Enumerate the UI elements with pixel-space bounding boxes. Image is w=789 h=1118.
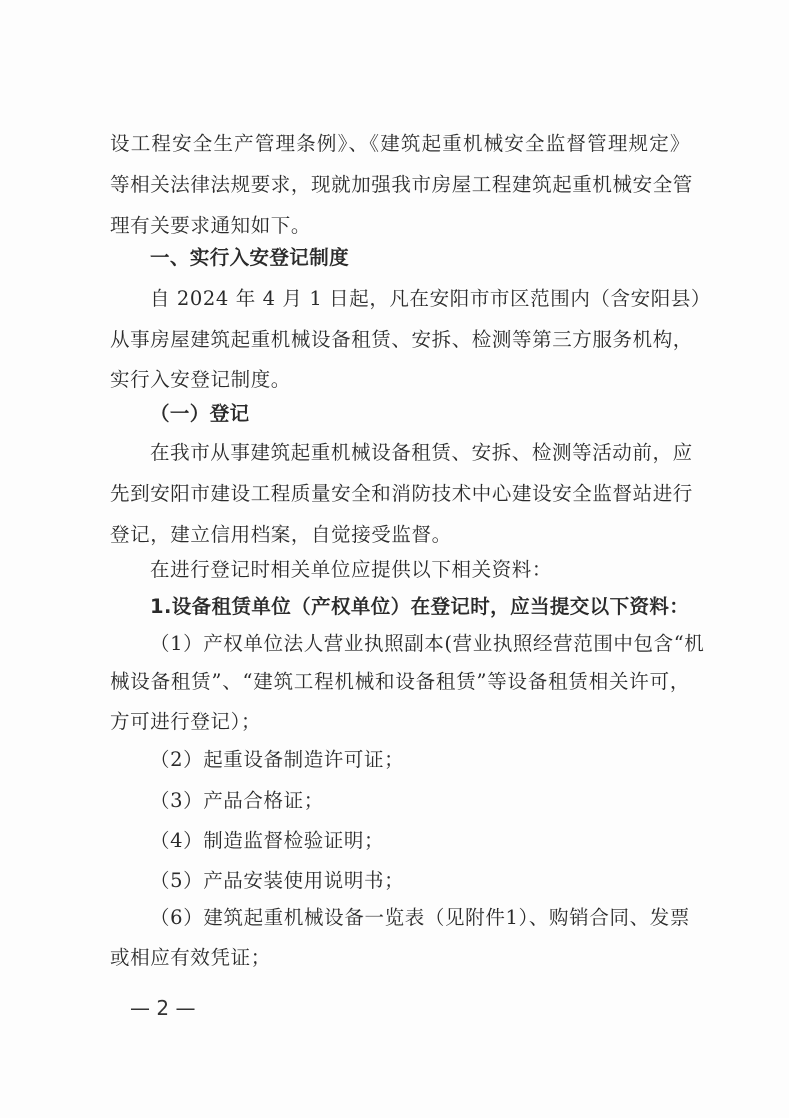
- subsection-heading: （一）登记: [150, 400, 730, 428]
- document-page: 设工程安全生产管理条例》、《建筑起重机械安全监督管理规定》 等相关法律法规要求，…: [0, 0, 789, 1118]
- paragraph-line: 在进行登记时相关单位应提供以下相关资料：: [150, 556, 730, 584]
- section-heading: 一、实行入安登记制度: [150, 244, 730, 272]
- paragraph-line: 械设备租赁”、“建筑工程机械和设备租赁”等设备租赁相关许可，: [110, 668, 690, 696]
- list-item: （6）建筑起重机械设备一览表（见附件1）、购销合同、发票: [150, 904, 690, 932]
- item-heading: 1.设备租赁单位（产权单位）在登记时，应当提交以下资料：: [150, 593, 730, 621]
- page-number: — 2 —: [130, 996, 195, 1020]
- paragraph-line: （1）产权单位法人营业执照副本(营业执照经营范围中包含“机: [150, 630, 690, 658]
- paragraph-line: 方可进行登记）；: [110, 708, 690, 736]
- paragraph-line: 自 2024 年 4 月 1 日起，凡在安阳市市区范围内（含安阳县）: [150, 285, 690, 313]
- paragraph-line: 在我市从事建筑起重机械设备租赁、安拆、检测等活动前，应: [150, 439, 690, 467]
- paragraph-line: 实行入安登记制度。: [110, 366, 690, 394]
- paragraph-line: 登记，建立信用档案，自觉接受监督。: [110, 521, 690, 549]
- paragraph-line: 等相关法律法规要求，现就加强我市房屋工程建筑起重机械安全管: [110, 171, 690, 199]
- list-item: （4）制造监督检验证明；: [150, 827, 730, 855]
- paragraph-line: 或相应有效凭证；: [110, 944, 690, 972]
- paragraph-line: 设工程安全生产管理条例》、《建筑起重机械安全监督管理规定》: [110, 130, 690, 158]
- paragraph-line: 先到安阳市建设工程质量安全和消防技术中心建设安全监督站进行: [110, 480, 690, 508]
- list-item: （3）产品合格证；: [150, 787, 730, 815]
- list-item: （5）产品安装使用说明书；: [150, 867, 730, 895]
- paragraph-line: 从事房屋建筑起重机械设备租赁、安拆、检测等第三方服务机构，: [110, 326, 690, 354]
- list-item: （2）起重设备制造许可证；: [150, 746, 730, 774]
- paragraph-line: 理有关要求通知如下。: [110, 212, 690, 240]
